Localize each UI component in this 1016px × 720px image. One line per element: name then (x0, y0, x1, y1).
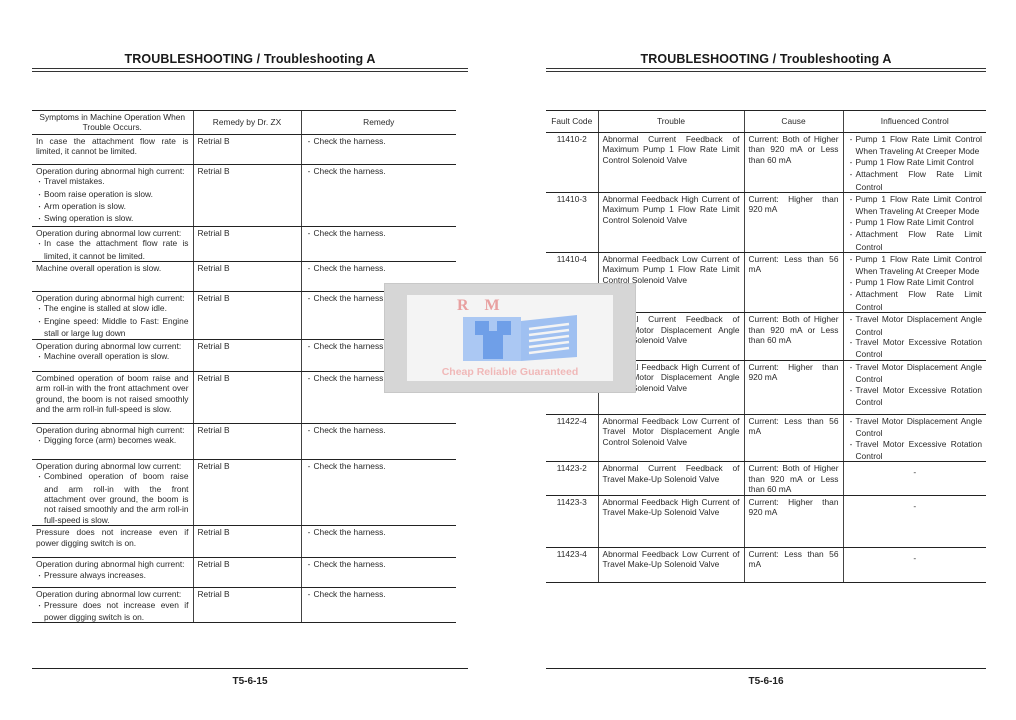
symptom-text: Operation during abnormal high current: (36, 166, 189, 176)
remedy-text: Check the harness. (306, 527, 453, 539)
page-title: TROUBLESHOOTING / Troubleshooting A (32, 52, 468, 66)
table-row: Operation during abnormal low current:Co… (32, 459, 456, 525)
watermark-tagline: Cheap Reliable Guaranteed (407, 366, 613, 378)
table-row: Operation during abnormal high current:D… (32, 423, 456, 459)
influenced-control-item: Attachment Flow Rate Limit Control (848, 169, 983, 192)
table-row: Pressure does not increase even if power… (32, 526, 456, 558)
symptom-cell: Operation during abnormal high current:T… (32, 164, 193, 226)
fault-code-cell: 11423-3 (546, 495, 598, 547)
influenced-control-item: Travel Motor Displacement Angle Control (848, 314, 983, 337)
footer-rule (546, 668, 986, 669)
remedy-cell: Check the harness. (301, 164, 456, 226)
symptom-text: Operation during abnormal high current: (36, 425, 189, 435)
cause-cell: Current: Less than 56 mA (744, 414, 843, 462)
trouble-cell: Abnormal Current Feedback of Maximum Pum… (598, 133, 744, 193)
symptom-bullet: Pressure does not increase even if power… (36, 600, 189, 623)
symptom-bullet: Swing operation is slow. (36, 213, 189, 225)
page-number: T5-6-15 (32, 676, 468, 687)
remedy-text: Check the harness. (306, 136, 453, 148)
dr-zx-remedy-cell: Retrial B (193, 164, 301, 226)
cause-cell: Current: Both of Higher than 920 mA or L… (744, 462, 843, 495)
title-rule (546, 68, 986, 72)
influenced-control-cell: Pump 1 Flow Rate Limit Control When Trav… (843, 133, 986, 193)
column-header-remedy: Remedy (301, 111, 456, 135)
influenced-control-item: Travel Motor Displacement Angle Control (848, 362, 983, 385)
influenced-control-item: Pump 1 Flow Rate Limit Control (848, 277, 983, 289)
dr-zx-remedy-cell: Retrial B (193, 292, 301, 340)
dr-zx-remedy-cell: Retrial B (193, 588, 301, 623)
table-row: 11410-2Abnormal Current Feedback of Maxi… (546, 133, 986, 193)
table-row: 11422-4Abnormal Feedback Low Current of … (546, 414, 986, 462)
remedy-text: Check the harness. (306, 425, 453, 437)
column-header-symptoms: Symptoms in Machine Operation When Troub… (32, 111, 193, 135)
trouble-cell: Abnormal Feedback High Current of Maximu… (598, 193, 744, 253)
manual-wrench-icon (461, 315, 581, 363)
remedy-cell: Check the harness. (301, 423, 456, 459)
symptom-bullets: The engine is stalled at slow idle.Engin… (36, 303, 189, 338)
influenced-control-item: Travel Motor Displacement Angle Control (848, 416, 983, 439)
watermark-logo-letters: R M (457, 297, 506, 315)
influenced-control-cell: Travel Motor Displacement Angle ControlT… (843, 360, 986, 414)
symptom-text: Operation during abnormal low current: (36, 341, 189, 351)
remedy-text: Check the harness. (306, 166, 453, 178)
influenced-control-cell: Pump 1 Flow Rate Limit Control When Trav… (843, 253, 986, 313)
table-row: 11423-2Abnormal Current Feedback of Trav… (546, 462, 986, 495)
dr-zx-remedy-cell: Retrial B (193, 526, 301, 558)
remedy-text: Check the harness. (306, 559, 453, 571)
influenced-control-cell: - (843, 462, 986, 495)
symptom-text: In case the attachment flow rate is limi… (36, 136, 189, 157)
symptom-bullet: Combined operation of boom raise and arm… (36, 471, 189, 525)
influenced-control-item: Travel Motor Excessive Rotation Control (848, 439, 983, 462)
symptom-text: Operation during abnormal low current: (36, 589, 189, 599)
table-row: Operation during abnormal high current:T… (32, 164, 456, 226)
remedy-cell: Check the harness. (301, 226, 456, 261)
influenced-control-item: Pump 1 Flow Rate Limit Control When Trav… (848, 194, 983, 217)
trouble-cell: Abnormal Feedback Low Current of Travel … (598, 414, 744, 462)
cause-cell: Current: Both of Higher than 920 mA or L… (744, 313, 843, 361)
influenced-control-item: Travel Motor Excessive Rotation Control (848, 337, 983, 360)
dr-zx-remedy-cell: Retrial B (193, 371, 301, 423)
symptom-cell: Operation during abnormal high current:D… (32, 423, 193, 459)
remedy-text: Check the harness. (306, 263, 453, 275)
watermark: R M Cheap Reliable Guaranteed (384, 283, 636, 393)
no-control-dash: - (848, 463, 983, 477)
symptom-bullets: In case the attachment flow rate is limi… (36, 238, 189, 261)
dr-zx-remedy-cell: Retrial B (193, 558, 301, 588)
influenced-control-item: Attachment Flow Rate Limit Control (848, 289, 983, 312)
trouble-cell: Abnormal Current Feedback of Travel Make… (598, 462, 744, 495)
symptom-bullet: Boom raise operation is slow. (36, 189, 189, 201)
symptom-cell: Operation during abnormal high current:T… (32, 292, 193, 340)
remedy-cell: Check the harness. (301, 526, 456, 558)
remedy-text: Check the harness. (306, 461, 453, 473)
symptom-cell: Operation during abnormal high current:P… (32, 558, 193, 588)
no-control-dash: - (848, 497, 983, 511)
fault-code-cell: 11423-2 (546, 462, 598, 495)
symptom-text: Pressure does not increase even if power… (36, 527, 189, 548)
table-row: 11423-3Abnormal Feedback High Current of… (546, 495, 986, 547)
symptom-cell: Operation during abnormal low current:Ma… (32, 339, 193, 371)
cause-cell: Current: Less than 56 mA (744, 253, 843, 313)
dr-zx-remedy-cell: Retrial B (193, 226, 301, 261)
dr-zx-remedy-cell: Retrial B (193, 459, 301, 525)
cause-cell: Current: Less than 56 mA (744, 547, 843, 582)
dr-zx-remedy-cell: Retrial B (193, 339, 301, 371)
fault-code-cell: 11410-3 (546, 193, 598, 253)
table-row: Operation during abnormal high current:P… (32, 558, 456, 588)
remedy-text: Check the harness. (306, 589, 453, 601)
symptom-text: Operation during abnormal low current: (36, 461, 189, 471)
symptom-bullet: Pressure always increases. (36, 570, 189, 582)
influenced-control-item: Pump 1 Flow Rate Limit Control When Trav… (848, 134, 983, 157)
dr-zx-remedy-cell: Retrial B (193, 134, 301, 164)
influenced-control-item: Travel Motor Excessive Rotation Control (848, 385, 983, 408)
dr-zx-remedy-cell: Retrial B (193, 262, 301, 292)
symptom-bullet: Digging force (arm) becomes weak. (36, 435, 189, 447)
column-header-trouble: Trouble (598, 111, 744, 133)
fault-code-cell: 11410-2 (546, 133, 598, 193)
symptom-cell: Combined operation of boom raise and arm… (32, 371, 193, 423)
symptom-cell: Pressure does not increase even if power… (32, 526, 193, 558)
remedy-cell: Check the harness. (301, 134, 456, 164)
symptom-bullet: Machine overall operation is slow. (36, 351, 189, 363)
remedy-cell: Check the harness. (301, 459, 456, 525)
symptom-cell: Machine overall operation is slow. (32, 262, 193, 292)
footer-rule (32, 668, 468, 669)
symptom-bullet: The engine is stalled at slow idle. (36, 303, 189, 315)
remedy-text: Check the harness. (306, 228, 453, 240)
table-row: 11410-3Abnormal Feedback High Current of… (546, 193, 986, 253)
symptom-bullet: Arm operation is slow. (36, 201, 189, 213)
symptom-text: Combined operation of boom raise and arm… (36, 373, 189, 415)
symptom-bullet: Travel mistakes. (36, 176, 189, 188)
symptom-text: Operation during abnormal low current: (36, 228, 189, 238)
column-header-influenced-control: Influenced Control (843, 111, 986, 133)
trouble-cell: Abnormal Feedback Low Current of Travel … (598, 547, 744, 582)
table-row: Operation during abnormal low current:Pr… (32, 588, 456, 623)
influenced-control-cell: Travel Motor Displacement Angle ControlT… (843, 313, 986, 361)
symptom-bullet: In case the attachment flow rate is limi… (36, 238, 189, 261)
symptom-text: Operation during abnormal high current: (36, 293, 189, 303)
column-header-dr-zx: Remedy by Dr. ZX (193, 111, 301, 135)
dr-zx-remedy-cell: Retrial B (193, 423, 301, 459)
cause-cell: Current: Higher than 920 mA (744, 193, 843, 253)
symptom-text: Machine overall operation is slow. (36, 263, 189, 273)
influenced-control-cell: Travel Motor Displacement Angle ControlT… (843, 414, 986, 462)
symptom-bullets: Travel mistakes.Boom raise operation is … (36, 176, 189, 226)
influenced-control-item: Pump 1 Flow Rate Limit Control (848, 157, 983, 169)
column-header-fault-code: Fault Code (546, 111, 598, 133)
symptom-cell: Operation during abnormal low current:In… (32, 226, 193, 261)
cause-cell: Current: Higher than 920 mA (744, 495, 843, 547)
remedy-cell: Check the harness. (301, 588, 456, 623)
title-rule (32, 68, 468, 72)
trouble-cell: Abnormal Feedback High Current of Travel… (598, 495, 744, 547)
remedy-cell: Check the harness. (301, 558, 456, 588)
table-row: In case the attachment flow rate is limi… (32, 134, 456, 164)
fault-code-cell: 11422-4 (546, 414, 598, 462)
fault-code-cell: 11423-4 (546, 547, 598, 582)
symptom-cell: Operation during abnormal low current:Co… (32, 459, 193, 525)
cause-cell: Current: Higher than 920 mA (744, 360, 843, 414)
symptom-cell: In case the attachment flow rate is limi… (32, 134, 193, 164)
influenced-control-cell: - (843, 495, 986, 547)
symptom-bullets: Pressure always increases. (36, 570, 189, 582)
influenced-control-item: Pump 1 Flow Rate Limit Control (848, 217, 983, 229)
influenced-control-item: Attachment Flow Rate Limit Control (848, 229, 983, 252)
symptom-bullet: Engine speed: Middle to Fast: Engine sta… (36, 316, 189, 339)
influenced-control-cell: - (843, 547, 986, 582)
table-row: Operation during abnormal low current:In… (32, 226, 456, 261)
symptom-bullets: Machine overall operation is slow. (36, 351, 189, 363)
symptom-bullets: Digging force (arm) becomes weak. (36, 435, 189, 447)
influenced-control-item: Pump 1 Flow Rate Limit Control When Trav… (848, 254, 983, 277)
watermark-panel: R M Cheap Reliable Guaranteed (407, 295, 613, 381)
symptom-bullets: Pressure does not increase even if power… (36, 600, 189, 623)
column-header-cause: Cause (744, 111, 843, 133)
table-row: 11423-4Abnormal Feedback Low Current of … (546, 547, 986, 582)
no-control-dash: - (848, 549, 983, 563)
page-number: T5-6-16 (546, 676, 986, 687)
page-title: TROUBLESHOOTING / Troubleshooting A (546, 52, 986, 66)
symptom-bullets: Combined operation of boom raise and arm… (36, 471, 189, 525)
symptom-text: Operation during abnormal high current: (36, 559, 189, 569)
symptom-cell: Operation during abnormal low current:Pr… (32, 588, 193, 623)
cause-cell: Current: Both of Higher than 920 mA or L… (744, 133, 843, 193)
influenced-control-cell: Pump 1 Flow Rate Limit Control When Trav… (843, 193, 986, 253)
